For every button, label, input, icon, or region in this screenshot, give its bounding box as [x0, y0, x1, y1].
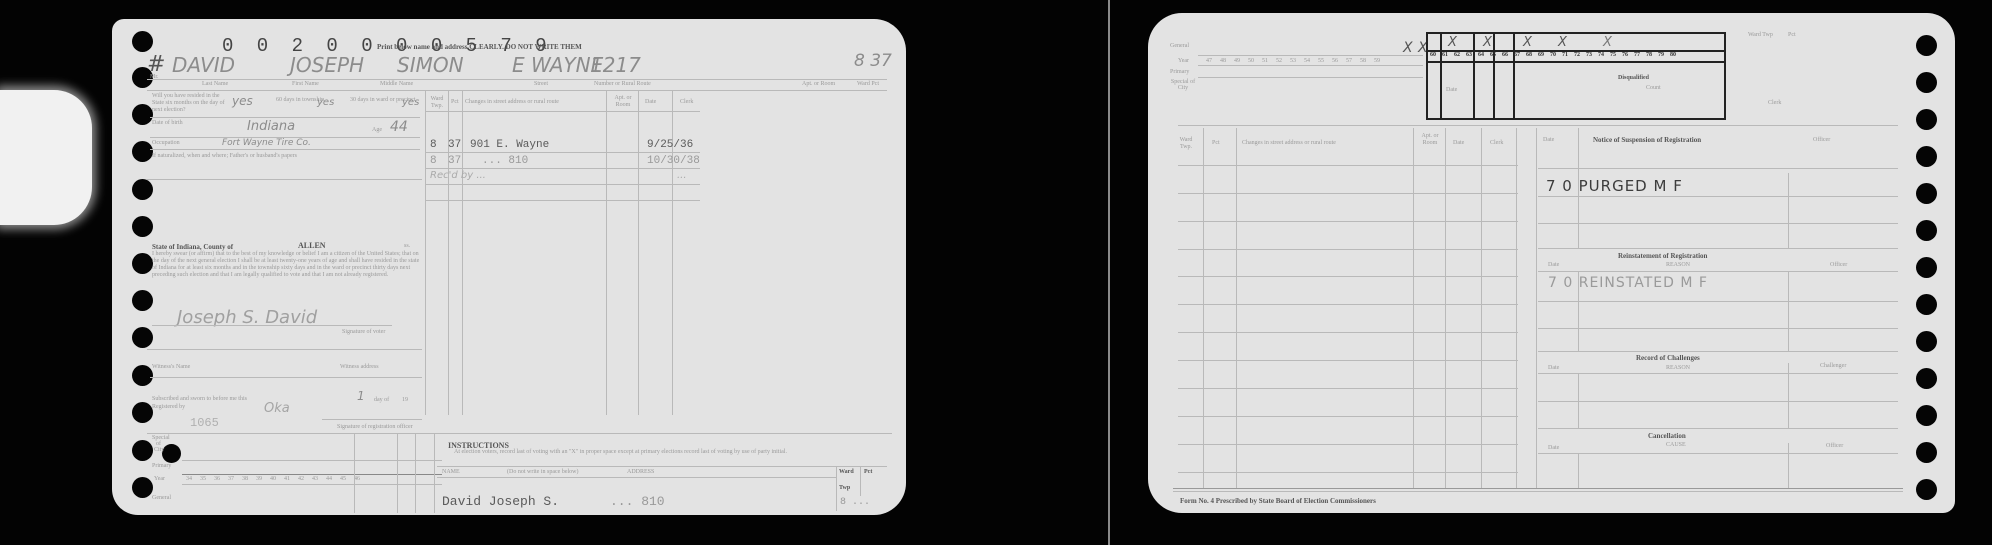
residence-question-state: Will you have resided in the State six m…: [152, 93, 230, 114]
reinstatement-officer-label: Officer: [1830, 262, 1847, 268]
back-changes-header-clerk: Clerk: [1490, 140, 1503, 146]
birth-value: Indiana: [247, 119, 295, 134]
punch-hole: [132, 104, 153, 125]
cancellation-title: Cancellation: [1648, 432, 1686, 440]
vote-mark: X: [1448, 35, 1457, 50]
naturalization-label: If naturalized, when and where; Father's…: [152, 152, 372, 160]
punch-hole: [132, 477, 153, 498]
ward-pct-label: Ward Pct: [857, 81, 879, 87]
punch-hole: [132, 327, 153, 348]
instructions-text: At election voters, record last of votin…: [454, 449, 864, 456]
changes-header-address: Changes in street address or rural route: [465, 99, 559, 105]
punch-hole: [1916, 146, 1937, 167]
back-changes-header-apt: Apt. or Room: [1416, 133, 1444, 147]
punch-hole: [1916, 479, 1937, 500]
back-pct-label: Pct: [1788, 32, 1796, 38]
registration-card-back: General Year Primary Special of City 474…: [1148, 13, 1955, 513]
disqualified-label: Disqualified: [1618, 75, 1649, 81]
number-value: 1217: [590, 53, 641, 77]
punch-hole: [132, 216, 153, 237]
residence-answer-township: yes: [317, 97, 334, 108]
instructions-address-label: ADDRESS: [627, 469, 654, 475]
oath-county: ALLEN: [298, 241, 326, 250]
back-ward-label: Ward Twp: [1748, 32, 1773, 38]
oath-text: I hereby swear (or affirm) that to the b…: [152, 251, 420, 279]
footer-entry-address: ... 810: [610, 494, 665, 509]
suspension-entry-stamp: 7 0 PURGED M F: [1546, 177, 1683, 195]
form-footer: Form No. 4 Prescribed by State Board of …: [1180, 497, 1376, 505]
challenges-reason-label: REASON: [1666, 365, 1690, 371]
vote-mark: X: [1558, 35, 1567, 50]
middle-name-label: Middle Name: [380, 81, 413, 87]
reinstatement-date-label: Date: [1548, 262, 1559, 268]
punch-hole: [132, 253, 153, 274]
signature-label: Signature of voter: [342, 329, 385, 335]
punch-hole: [1916, 257, 1937, 278]
ward-pct-value: 8 37: [854, 51, 892, 71]
back-years-early: 47484950515253545556575859: [1206, 58, 1380, 64]
subscribed-text: Subscribed and sworn to before me this: [152, 396, 247, 402]
first-name-value: JOSEPH: [290, 53, 364, 77]
back-changes-header-date: Date: [1453, 140, 1464, 146]
change-row-2-date: 10/30/38: [647, 155, 700, 167]
changes-header-pct: Pct: [451, 99, 459, 105]
date-label: Date: [1446, 87, 1457, 93]
footer-entry-ward-pct: 8 ...: [840, 497, 870, 508]
change-row-3-address: Rec'd by ...: [430, 170, 486, 181]
challenges-title: Record of Challenges: [1636, 354, 1700, 362]
frame-divider: [1108, 0, 1110, 545]
last-name-label: Last Name: [202, 81, 228, 87]
cancellation-officer-label: Officer: [1826, 443, 1843, 449]
occupation-label: Occupation: [152, 140, 180, 146]
vote-mark: X: [1523, 35, 1532, 50]
suspension-date-label: Date: [1543, 137, 1554, 143]
challenges-challenger-label: Challenger: [1820, 363, 1846, 369]
age-label: Age: [372, 127, 382, 133]
instructions-pct-label: Pct: [864, 469, 872, 475]
punch-hole: [132, 31, 153, 52]
challenges-date-label: Date: [1548, 365, 1559, 371]
grid-years: 34353637383940414243444546: [186, 476, 360, 482]
change-row-1-ward: 8: [430, 139, 437, 151]
header-instruction: Print below name and address CLEARLY. DO…: [377, 43, 582, 51]
grid-label-city: City: [154, 447, 164, 453]
punch-hole: [132, 440, 153, 461]
punch-hole: [1916, 109, 1937, 130]
scanner-glare: [0, 90, 92, 225]
punch-hole: [1916, 35, 1937, 56]
occupation-value: Fort Wayne Tire Co.: [222, 138, 311, 148]
footer-entry-name: David Joseph S.: [442, 494, 559, 509]
punch-hole: [132, 290, 153, 311]
grid-label-primary: Primary: [152, 463, 171, 469]
birth-label: Date of birth: [152, 120, 183, 126]
back-changes-header-pct: Pct: [1212, 140, 1220, 146]
back-changes-header-address: Changes in street address or rural route: [1242, 140, 1336, 146]
registered-stamp: 1065: [190, 416, 219, 430]
vote-mark: X: [1403, 40, 1413, 56]
back-grid-label-special: Special of City: [1170, 79, 1196, 91]
punch-hole: [132, 365, 153, 386]
count-label: Count: [1646, 85, 1661, 91]
changes-header-date: Date: [645, 99, 656, 105]
change-row-1-pct: 37: [448, 139, 461, 151]
oath-ss: ss.: [404, 243, 410, 249]
middle-name-value: SIMON: [397, 53, 464, 77]
punch-hole: [162, 444, 181, 463]
witness-address-label: Witness address: [340, 364, 379, 370]
witness-name-label: Witness's Name: [152, 364, 190, 370]
punch-hole: [132, 141, 153, 162]
punch-hole: [1916, 331, 1937, 352]
change-row-1-address: 901 E. Wayne: [470, 139, 549, 151]
oath-heading: State of Indiana, County of: [152, 243, 233, 251]
instructions-note: (Do not write in space below): [507, 469, 578, 475]
grid-label-year: Year: [154, 476, 165, 482]
punch-hole: [1916, 220, 1937, 241]
registration-card-front: 0 0 2 0 0 0 0 5 7 9 Print below name and…: [112, 19, 906, 515]
subscribed-day: 1: [357, 389, 365, 403]
subscribed-day-label: day of: [374, 397, 389, 403]
instructions-name-label: NAME: [442, 469, 460, 475]
punch-hole: [132, 402, 153, 423]
street-label: Street: [534, 81, 548, 87]
age-value: 44: [390, 119, 408, 135]
change-row-3-clerk: ...: [677, 170, 687, 181]
instructions-ward-label: Ward: [839, 469, 854, 475]
residence-answer-ward: yes: [402, 97, 419, 108]
change-row-2-pct: 37: [448, 155, 461, 167]
punch-hole: [132, 179, 153, 200]
cancellation-cause-label: CAUSE: [1666, 442, 1686, 448]
back-clerk-label: Clerk: [1768, 100, 1781, 106]
last-name-value: DAVID: [172, 53, 235, 77]
instructions-twp-label: Twp: [839, 485, 850, 491]
punch-hole: [1916, 294, 1937, 315]
punch-hole: [1916, 442, 1937, 463]
suspension-title: Notice of Suspension of Registration: [1593, 136, 1701, 144]
back-years-late: 6061626364656667686970717273747576777879…: [1430, 52, 1676, 58]
change-row-2-address: ... 810: [482, 155, 528, 167]
vote-mark: X: [1603, 35, 1612, 50]
registered-by-label: Registered by: [152, 404, 185, 410]
officer-signature-label: Signature of registration officer: [337, 424, 413, 430]
reinstatement-title: Reinstatement of Registration: [1618, 252, 1707, 260]
back-grid-label-general: General: [1170, 43, 1189, 49]
reinstatement-reason-label: REASON: [1666, 262, 1690, 268]
vote-mark: X: [1483, 35, 1492, 50]
reinstatement-entry-stamp: 7 0 REINSTATED M F: [1548, 275, 1708, 291]
suspension-officer-label: Officer: [1813, 137, 1830, 143]
first-name-label: First Name: [292, 81, 319, 87]
punch-hole: [1916, 405, 1937, 426]
changes-header-apt: Apt. or Room: [608, 95, 638, 109]
cancellation-date-label: Date: [1548, 445, 1559, 451]
punch-hole: [1916, 368, 1937, 389]
punch-hole: [1916, 183, 1937, 204]
back-grid-label-primary: Primary: [1170, 69, 1189, 75]
change-row-1-date: 9/25/36: [647, 139, 693, 151]
back-grid-label-year: Year: [1178, 58, 1189, 64]
changes-header-ward: Ward Twp.: [426, 96, 448, 110]
punch-hole: [1916, 72, 1937, 93]
changes-header-clerk: Clerk: [680, 99, 693, 105]
residence-answer-state: yes: [232, 94, 253, 108]
apt-label: Apt. or Room: [802, 81, 835, 87]
number-label: Number or Rural Route: [594, 81, 651, 87]
registered-by-value: Oka: [264, 401, 290, 416]
back-changes-header-ward: Ward Twp.: [1174, 137, 1198, 151]
change-row-2-ward: 8: [430, 155, 437, 167]
grid-label-general: General: [152, 495, 171, 501]
subscribed-year-label: 19: [402, 397, 408, 403]
